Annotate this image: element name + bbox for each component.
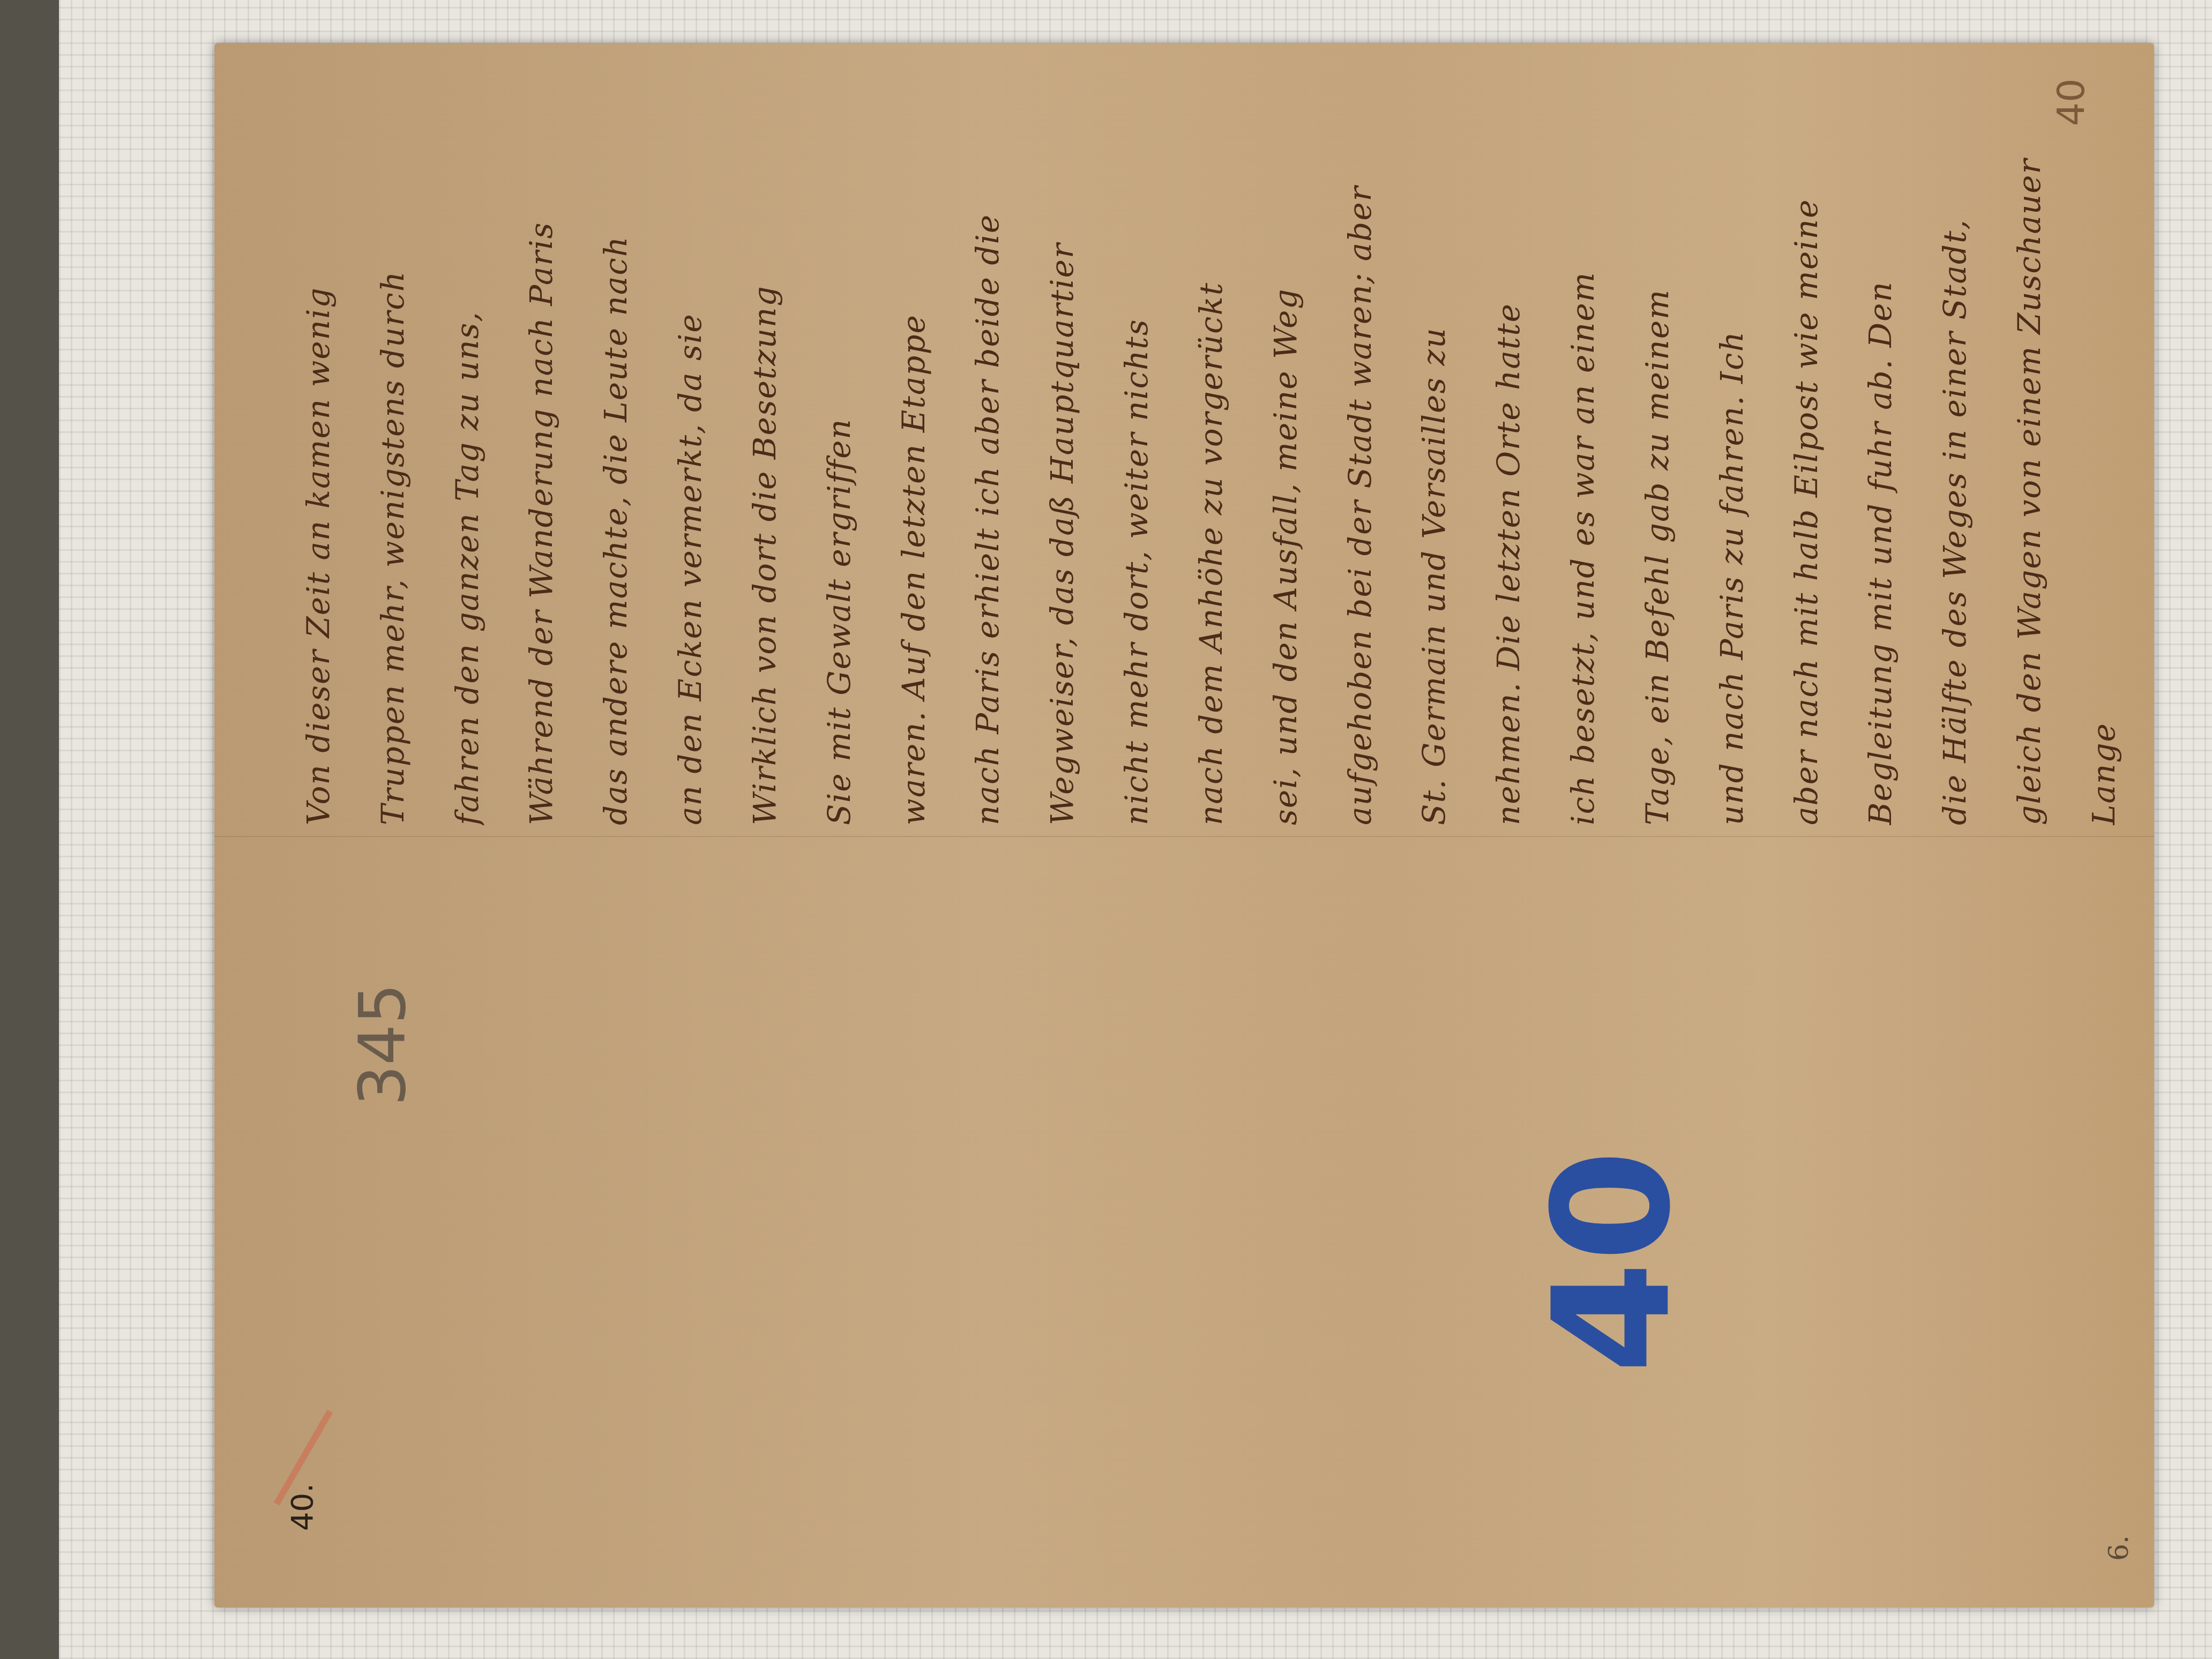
text-line: Tage, ein Befehl gab zu meinem bbox=[1639, 64, 1676, 825]
handwritten-text-block: Von dieser Zeit an kamen wenig Truppen m… bbox=[300, 64, 2122, 841]
text-line: Begleitung mit und fuhr ab. Den bbox=[1862, 64, 1899, 825]
text-line: sei, und den Ausfall, meine Weg bbox=[1267, 64, 1304, 825]
text-line: Während der Wanderung nach Paris bbox=[523, 64, 559, 825]
text-line: nicht mehr dort, weiter nichts bbox=[1118, 64, 1155, 825]
text-line: aufgehoben bei der Stadt waren; aber bbox=[1342, 64, 1378, 825]
text-line: St. Germain und Versailles zu bbox=[1416, 64, 1452, 825]
text-line: das andere machte, die Leute nach bbox=[597, 64, 634, 825]
bottom-corner-mark: 6. bbox=[2103, 1535, 2134, 1561]
corner-folio-number: 40. bbox=[285, 1483, 320, 1531]
text-line: gleich den Wagen von einem Zuschauer bbox=[2011, 64, 2047, 825]
text-line: an den Ecken vermerkt, da sie bbox=[672, 64, 708, 825]
text-line: aber nach mit halb Eilpost wie meine bbox=[1788, 64, 1825, 825]
signature: Lange bbox=[2086, 64, 2122, 825]
text-line: Wirklich von dort die Besetzung bbox=[746, 64, 783, 825]
pencil-archive-number: 345 bbox=[346, 983, 420, 1106]
text-line: und nach Paris zu fahren. Ich bbox=[1714, 64, 1750, 825]
text-line: die Hälfte des Weges in einer Stadt, bbox=[1937, 64, 1973, 825]
text-line: Wegweiser, das daß Hauptquartier bbox=[1044, 64, 1080, 825]
blue-folio-number: 40 bbox=[1519, 1150, 1706, 1373]
text-line: nach Paris erhielt ich aber beide die bbox=[969, 64, 1006, 825]
text-line: Sie mit Gewalt ergriffen bbox=[821, 64, 857, 825]
text-line: Truppen mehr, wenigstens durch bbox=[375, 64, 411, 825]
text-line: waren. Auf den letzten Etappe bbox=[895, 64, 932, 825]
text-line: nehmen. Die letzten Orte hatte bbox=[1490, 64, 1527, 825]
text-line: nach dem Anhöhe zu vorgerückt bbox=[1193, 64, 1229, 825]
background-dark-strip bbox=[0, 0, 59, 1659]
text-line: fahren den ganzen Tag zu uns, bbox=[449, 64, 485, 825]
text-line: Von dieser Zeit an kamen wenig bbox=[300, 64, 337, 825]
text-line: ich besetzt, und es war an einem bbox=[1565, 64, 1601, 825]
top-folio-number: 40 bbox=[2049, 78, 2093, 126]
